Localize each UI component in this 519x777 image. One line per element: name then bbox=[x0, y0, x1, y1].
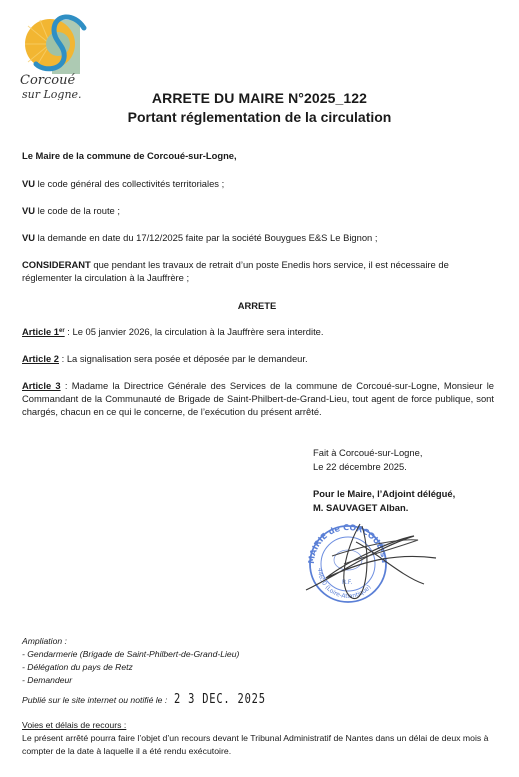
vu-line-1: VU le code général des collectivités ter… bbox=[22, 177, 492, 190]
logo-emblem-icon: Corcoué sur Logne. bbox=[14, 4, 100, 100]
svg-text:Corcoué: Corcoué bbox=[20, 73, 75, 88]
article-text: : La signalisation sera posée et déposée… bbox=[59, 353, 308, 364]
svg-text:MAIRIE de CORCOUÉ-sur-LOGNE: MAIRIE de CORCOUÉ-sur-LOGNE bbox=[296, 518, 389, 564]
vu-lead: VU bbox=[22, 232, 35, 243]
vu-text: le code de la route ; bbox=[35, 205, 120, 216]
recours-heading: Voies et délais de recours : bbox=[22, 719, 502, 732]
publication-label: Publié sur le site internet ou notifié l… bbox=[22, 695, 167, 705]
article-3: Article 3 : Madame la Directrice Général… bbox=[22, 379, 494, 419]
publication-date-stamp: 2 3 DEC. 2025 bbox=[174, 694, 266, 706]
considerant-paragraph: CONSIDERANT que pendant les travaux de r… bbox=[22, 258, 492, 284]
ampliation-item: - Délégation du pays de Retz bbox=[22, 661, 133, 673]
ampliation-item: - Demandeur bbox=[22, 674, 72, 686]
article-text: : Madame la Directrice Générale des Serv… bbox=[22, 380, 494, 417]
signature-role: Pour le Maire, l’Adjoint délégué, bbox=[313, 487, 513, 500]
publication-line: Publié sur le site internet ou notifié l… bbox=[22, 694, 288, 706]
article-label: Article 3 bbox=[22, 380, 61, 391]
ampliation-item: - Gendarmerie (Brigade de Saint-Philbert… bbox=[22, 648, 239, 660]
vu-lead: VU bbox=[22, 205, 35, 216]
article-2: Article 2 : La signalisation sera posée … bbox=[22, 352, 492, 365]
decree-subtitle: Portant réglementation de la circulation bbox=[0, 109, 519, 125]
stamp-signature-icon: MAIRIE de CORCOUÉ-sur-LOGNE 44650 (Loire… bbox=[296, 518, 446, 608]
signatory-name: M. SAUVAGET Alban. bbox=[313, 501, 513, 514]
intro-line: Le Maire de la commune de Corcoué-sur-Lo… bbox=[22, 149, 492, 162]
vu-text: la demande en date du 17/12/2025 faite p… bbox=[35, 232, 377, 243]
article-label: Article 1er bbox=[22, 326, 65, 337]
vu-text: le code général des collectivités territ… bbox=[35, 178, 224, 189]
vu-lead: VU bbox=[22, 178, 35, 189]
ampliation-label: Ampliation : bbox=[22, 635, 67, 647]
considerant-lead: CONSIDERANT bbox=[22, 259, 91, 270]
signature-place: Fait à Corcoué-sur-Logne, bbox=[313, 446, 513, 459]
arrete-heading: ARRETE bbox=[22, 299, 492, 312]
vu-line-2: VU le code de la route ; bbox=[22, 204, 492, 217]
article-label: Article 2 bbox=[22, 353, 59, 364]
signature-date: Le 22 décembre 2025. bbox=[313, 460, 513, 473]
municipality-logo: Corcoué sur Logne. bbox=[14, 4, 100, 100]
article-1: Article 1er : Le 05 janvier 2026, la cir… bbox=[22, 325, 492, 338]
vu-line-3: VU la demande en date du 17/12/2025 fait… bbox=[22, 231, 492, 244]
decree-title: ARRETE DU MAIRE N°2025_122 bbox=[0, 90, 519, 106]
official-stamp: MAIRIE de CORCOUÉ-sur-LOGNE 44650 (Loire… bbox=[296, 518, 446, 608]
article-text: : Le 05 janvier 2026, la circulation à l… bbox=[65, 326, 324, 337]
recours-text: Le présent arrêté pourra faire l’objet d… bbox=[22, 732, 502, 757]
